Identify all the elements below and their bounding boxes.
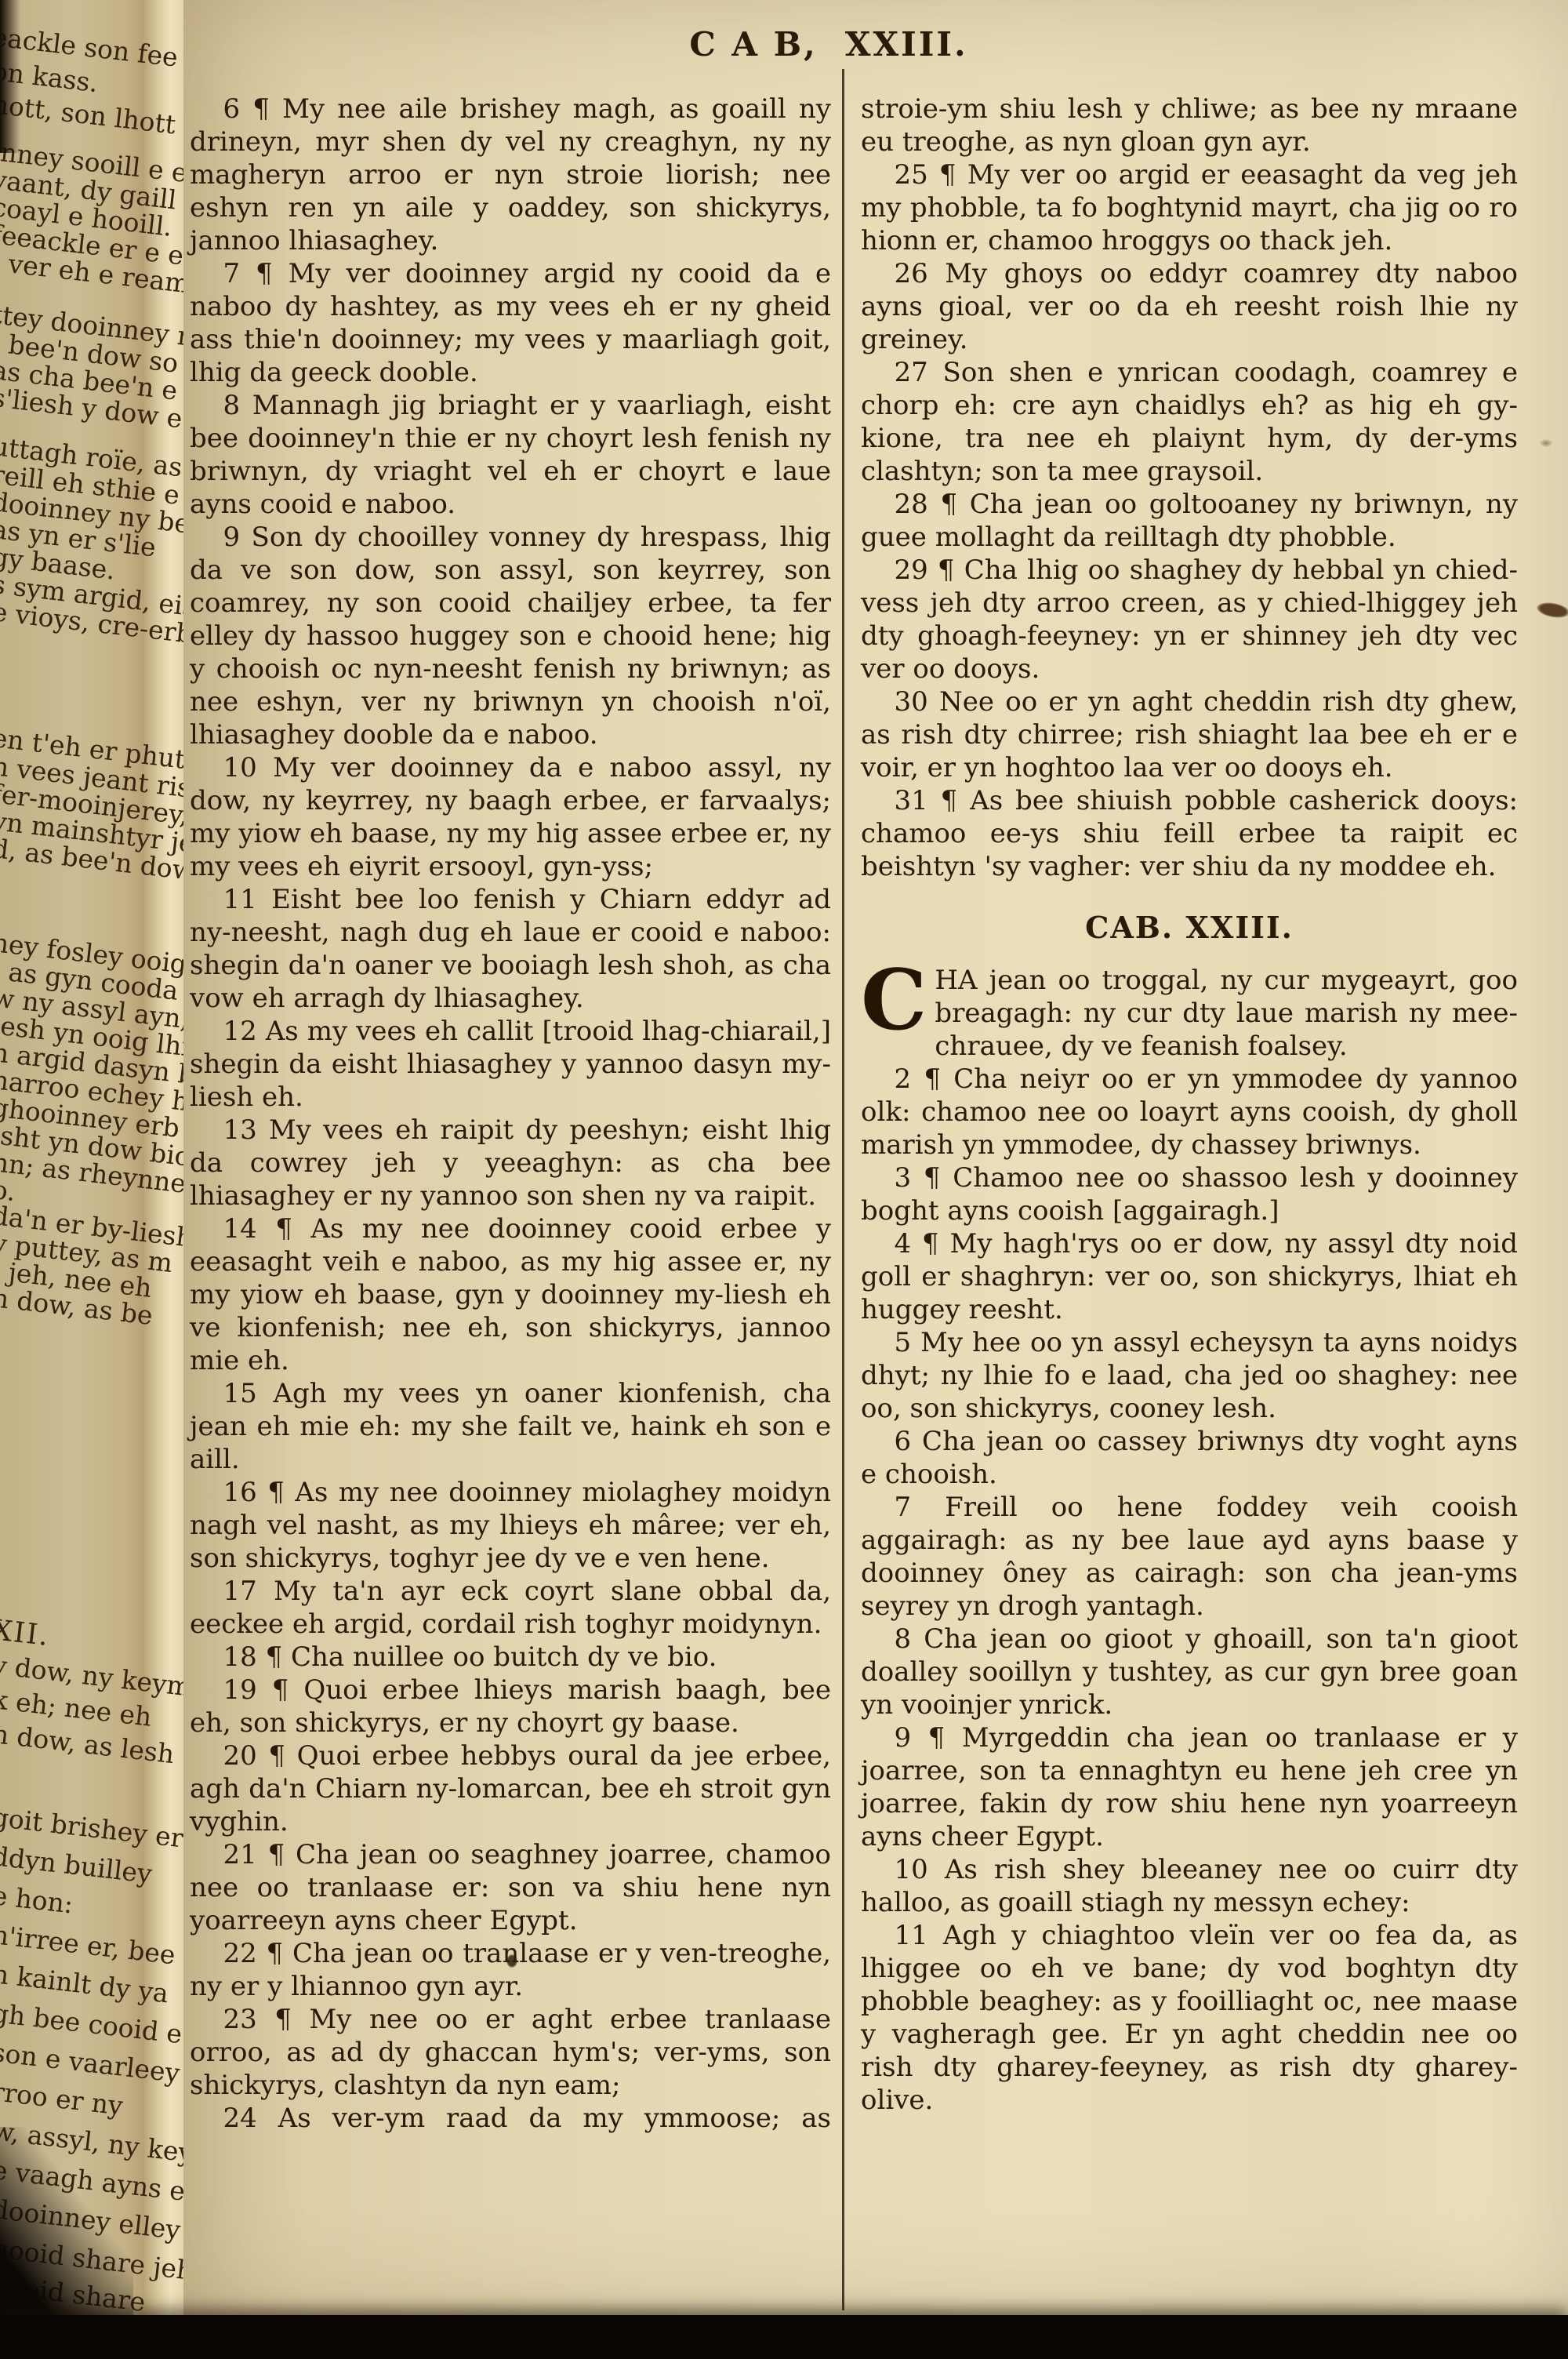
- drop-cap-initial: C: [861, 968, 927, 1032]
- verse: 25 ¶ My ver oo argid er eeasaght da veg …: [861, 158, 1518, 257]
- left-column: 6 ¶ My nee aile brishey magh, as goaill …: [190, 93, 831, 2135]
- verse: 29 ¶ Cha lhig oo shaghey dy hebbal yn ch…: [861, 554, 1518, 685]
- verse: 4 ¶ My hagh'rys oo er dow, ny assyl dty …: [861, 1227, 1518, 1326]
- verse: 27 Son shen e ynrican coodagh, coamrey e…: [861, 356, 1518, 488]
- verse: 7 ¶ My ver dooinney argid ny cooid da e …: [190, 257, 831, 389]
- verse: 12 As my vees eh callit [trooid lhag-chi…: [190, 1015, 831, 1114]
- verse: 30 Nee oo er yn aght cheddin rish dty gh…: [861, 685, 1518, 784]
- right-column: stroie-ym shiu lesh y chliwe; as bee ny …: [861, 93, 1518, 2117]
- verse: 9 ¶ Myrgeddin cha jean oo tranlaase er y…: [861, 1721, 1518, 1853]
- verse: 21 ¶ Cha jean oo seaghney joarree, chamo…: [190, 1838, 831, 1937]
- ink-speck: [1540, 439, 1552, 447]
- running-head: C A B, XXIII.: [183, 25, 1474, 64]
- verse: stroie-ym shiu lesh y chliwe; as bee ny …: [861, 93, 1518, 158]
- verse: 11 Eisht bee loo fenish y Chiarn eddyr a…: [190, 883, 831, 1015]
- verse: 24 As ver-ym raad da my ymmoose; as: [190, 2102, 831, 2135]
- verse: 15 Agh my vees yn oaner kionfenish, cha …: [190, 1377, 831, 1476]
- verse: 8 Mannagh jig briaght er y vaarliagh, ei…: [190, 389, 831, 521]
- verse: 17 My ta'n ayr eck coyrt slane obbal da,…: [190, 1575, 831, 1641]
- verse: 9 Son dy chooilley vonney dy hrespass, l…: [190, 521, 831, 751]
- verse: 18 ¶ Cha nuillee oo buitch dy ve bio.: [190, 1641, 831, 1674]
- facing-page-edge: eackle son feeon kass.hott, son lhottinn…: [0, 0, 183, 2315]
- ink-speck: [506, 1954, 517, 1968]
- verse: 5 My hee oo yn assyl echeysyn ta ayns no…: [861, 1326, 1518, 1425]
- verse: 10 As rish shey bleeaney nee oo cuirr dt…: [861, 1853, 1518, 1919]
- verse: 6 ¶ My nee aile brishey magh, as goaill …: [190, 93, 831, 257]
- verse: 11 Agh y chiaghtoo vleïn ver oo fea da, …: [861, 1919, 1518, 2117]
- verse: 14 ¶ As my nee dooinney cooid erbee y ee…: [190, 1212, 831, 1377]
- top-left-shadow: [0, 0, 20, 153]
- chapter-heading: CAB. XXIII.: [861, 910, 1518, 945]
- verse: 19 ¶ Quoi erbee lhieys marish baagh, bee…: [190, 1674, 831, 1739]
- verse: 22 ¶ Cha jean oo tranlaase er y ven-treo…: [190, 1937, 831, 2003]
- book-photograph: eackle son feeon kass.hott, son lhottinn…: [0, 0, 1568, 2359]
- bottom-left-shadow: [0, 2127, 133, 2315]
- verse: 6 Cha jean oo cassey briwnys dty voght a…: [861, 1425, 1518, 1491]
- verse: 3 ¶ Chamoo nee oo shassoo lesh y dooinne…: [861, 1161, 1518, 1227]
- verse: 7 Freill oo hene foddey veih cooish agga…: [861, 1491, 1518, 1623]
- verse: 13 My vees eh raipit dy peeshyn; eisht l…: [190, 1114, 831, 1212]
- verse: 2 ¶ Cha neiyr oo er yn ymmodee dy yannoo…: [861, 1063, 1518, 1161]
- verse: 20 ¶ Quoi erbee hebbys oural da jee erbe…: [190, 1739, 831, 1838]
- verse: 8 Cha jean oo gioot y ghoaill, son ta'n …: [861, 1623, 1518, 1721]
- column-divider-rule: [842, 69, 844, 2310]
- verse: 16 ¶ As my nee dooinney miolaghey moidyn…: [190, 1476, 831, 1575]
- verse: 26 My ghoys oo eddyr coamrey dty naboo a…: [861, 257, 1518, 356]
- verse-with-dropcap: CHA jean oo troggal, ny cur mygeayrt, go…: [861, 964, 1518, 1063]
- verse: 31 ¶ As bee shiuish pobble casherick doo…: [861, 784, 1518, 883]
- verse: 28 ¶ Cha jean oo goltooaney ny briwnyn, …: [861, 488, 1518, 554]
- verse: 23 ¶ My nee oo er aght erbee tranlaase o…: [190, 2003, 831, 2102]
- book-page: C A B, XXIII. 6 ¶ My nee aile brishey ma…: [183, 0, 1568, 2315]
- bottom-black-band: [0, 2315, 1568, 2359]
- verse: 10 My ver dooinney da e naboo assyl, ny …: [190, 751, 831, 883]
